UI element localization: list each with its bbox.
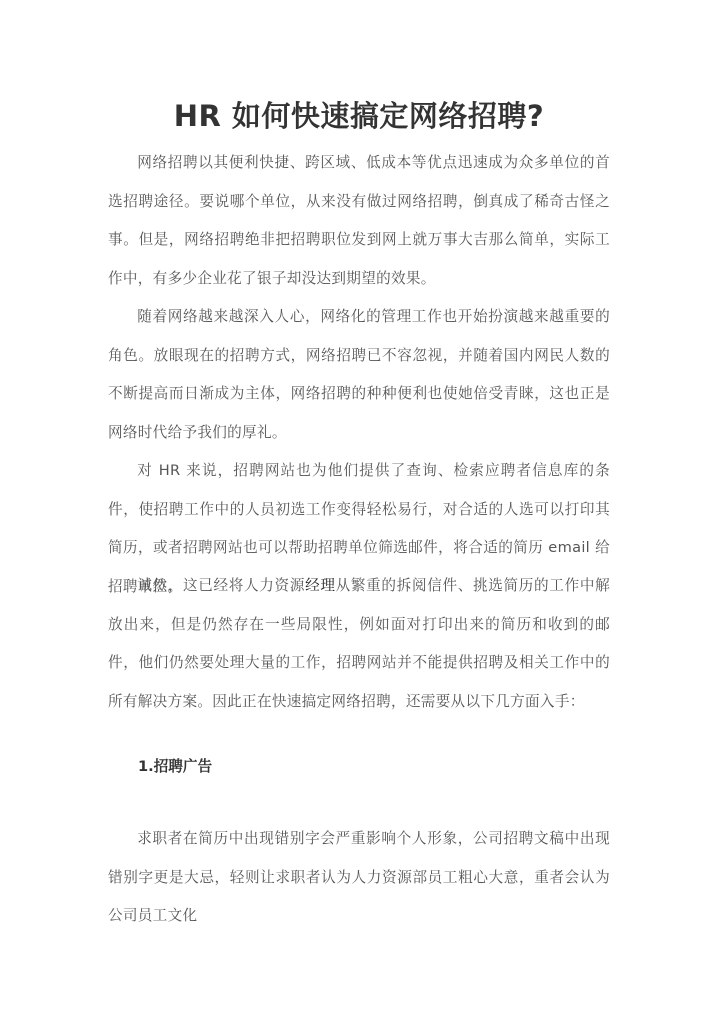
paragraph-intro: 网络招聘以其便利快捷、跨区域、低成本等优点迅速成为众多单位的首选招聘途径。要说哪… [108,144,610,298]
paragraph-text-after: 从繁重的拆阅信件、挑选简历的工作中解放出来，但是仍然存在一些局限性，例如面对打印… [108,577,610,710]
section-heading: 1.招聘广告 [138,755,212,779]
paragraph-text-before: 诚然，这已经将人力资源 [137,577,305,594]
paragraph-recruitment-ads: 求职者在简历中出现错别字会严重影响个人形象，公司招聘文稿中出现错别字更是大忌，轻… [108,820,610,936]
paragraph-network-trend: 随着网络越来越深入人心，网络化的管理工作也开始扮演越来越重要的角色。放眼现在的招… [108,298,610,452]
paragraph-limitations: 诚然，这已经将人力资源经理从繁重的拆阅信件、挑选简历的工作中解放出来，但是仍然存… [108,567,610,721]
document-title: HR 如何快速搞定网络招聘? [108,96,610,136]
emphasized-term: 经理 [305,577,336,594]
